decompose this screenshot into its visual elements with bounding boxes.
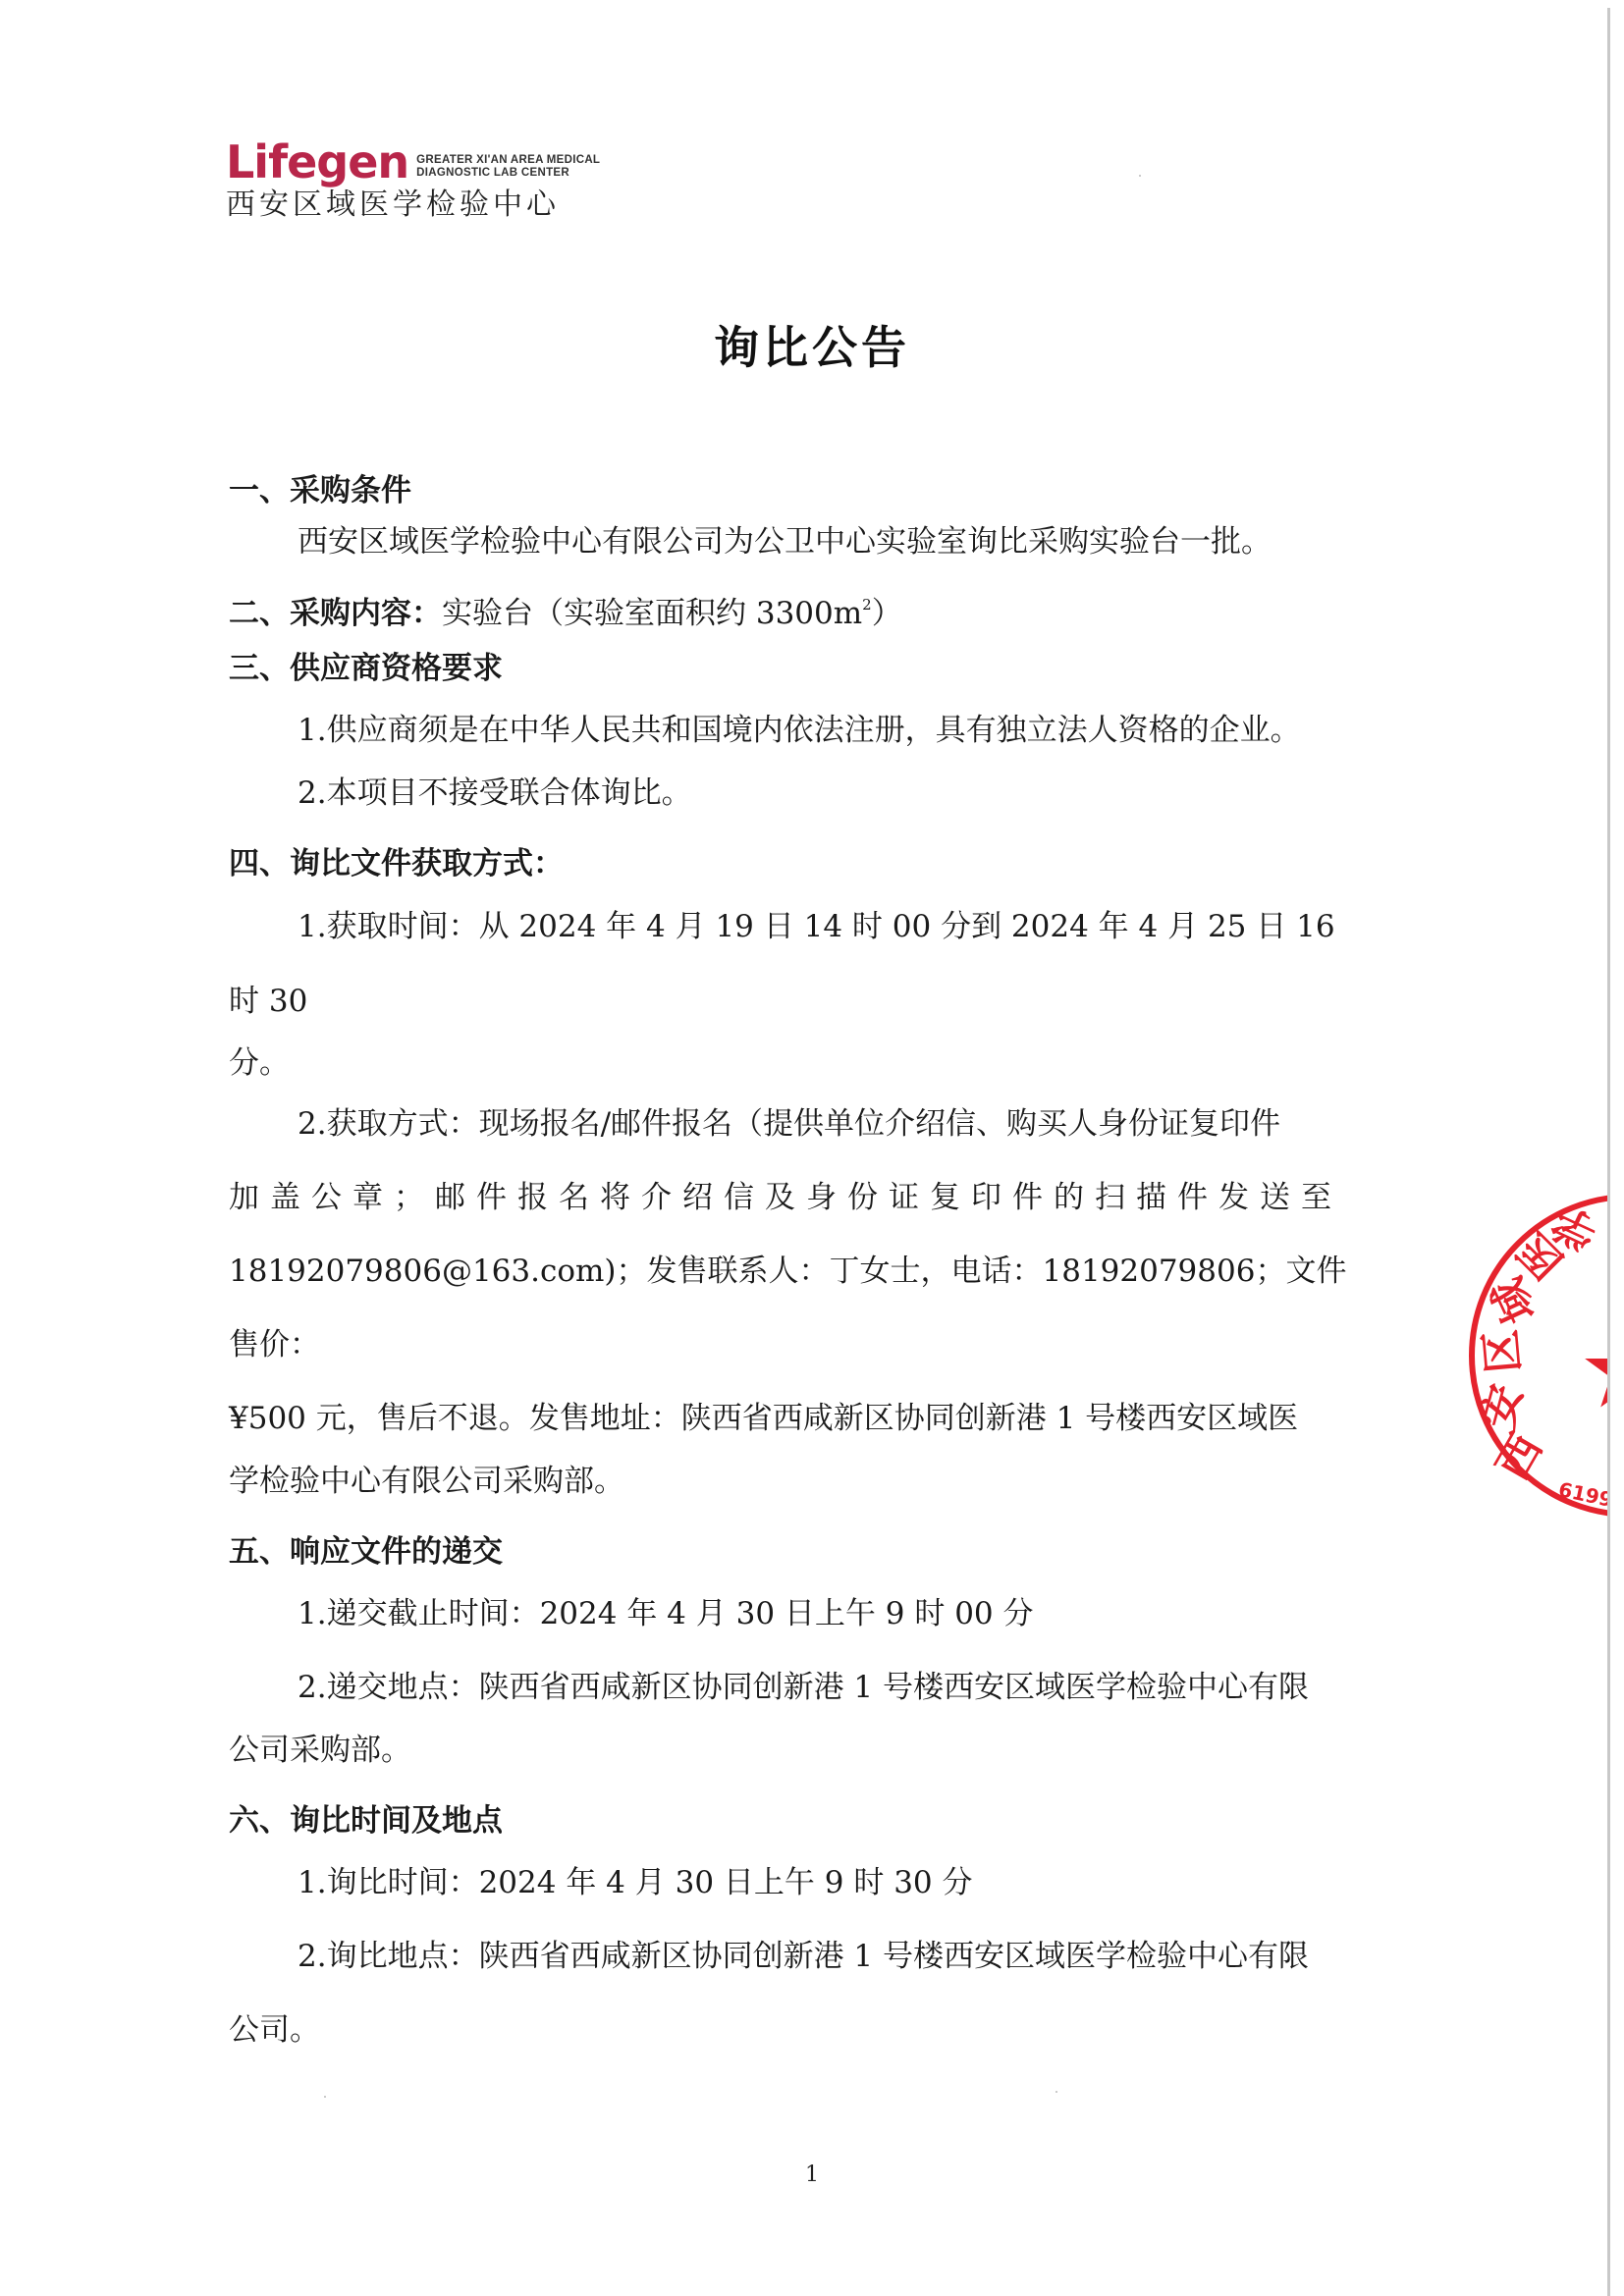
section-6-item-1: 1.询比时间：2024 年 4 月 30 日上午 9 时 30 分 <box>229 1846 1363 1920</box>
section-4-item-1-cont: 分。 <box>229 1039 1363 1088</box>
section-2-close: ） <box>872 596 902 631</box>
document-title: 询比公告 <box>0 312 1624 377</box>
company-logo: Lifegen GREATER XI'AN AREA MEDICAL DIAGN… <box>226 139 600 222</box>
section-heading-3: 三、供应商资格要求 <box>229 643 1363 694</box>
section-heading-4: 四、询比文件获取方式： <box>229 838 1363 889</box>
section-4-item-2-line5: 学检验中心有限公司采购部。 <box>229 1456 1363 1507</box>
scan-edge-line <box>1607 8 1610 2296</box>
section-6-item-2: 2.询比地点：陕西省西咸新区协同创新港 1 号楼西安区域医学检验中心有限 <box>229 1920 1363 1994</box>
document-body: 一、采购条件 西安区域医学检验中心有限公司为公卫中心实验室询比采购实验台一批。 … <box>229 469 1363 2067</box>
section-5-item-2-cont: 公司采购部。 <box>229 1725 1363 1776</box>
section-2-label: 二、采购内容： <box>229 596 442 631</box>
section-6-item-2-cont: 公司。 <box>229 1994 1363 2067</box>
page-number: 1 <box>0 2163 1624 2187</box>
section-4-item-2: 2.获取方式：现场报名/邮件报名（提供单位介绍信、购买人身份证复印件 <box>229 1088 1363 1161</box>
scan-speck <box>1056 2091 1057 2093</box>
logo-brand: Lifegen <box>226 139 408 185</box>
section-heading-1: 一、采购条件 <box>229 469 1363 512</box>
section-4-item-2-line4: ¥500 元，售后不退。发售地址：陕西省西咸新区协同创新港 1 号楼西安区域医 <box>229 1382 1363 1456</box>
scan-speck <box>1139 175 1141 177</box>
section-3-item-2: 2.本项目不接受联合体询比。 <box>229 768 1363 819</box>
logo-en-line2: DIAGNOSTIC LAB CENTER <box>416 167 600 180</box>
section-2-text: 实验台（实验室面积约 3300m <box>442 596 862 631</box>
section-1-paragraph: 西安区域医学检验中心有限公司为公卫中心实验室询比采购实验台一批。 <box>229 512 1363 571</box>
section-2-superscript: 2 <box>862 596 872 614</box>
section-heading-5: 五、响应文件的递交 <box>229 1526 1363 1577</box>
section-heading-2: 二、采购内容：实验台（实验室面积约 3300m2） <box>229 575 1363 643</box>
section-5-item-2: 2.递交地点：陕西省西咸新区协同创新港 1 号楼西安区域医学检验中心有限 <box>229 1651 1363 1725</box>
logo-english-name: GREATER XI'AN AREA MEDICAL DIAGNOSTIC LA… <box>416 154 600 180</box>
section-4-item-2-line3: 18192079806@163.com)；发售联系人：丁女士，电话：181920… <box>229 1235 1363 1382</box>
seal-char: 区 <box>1465 1327 1532 1375</box>
section-4-item-1: 1.获取时间：从 2024 年 4 月 19 日 14 时 00 分到 2024… <box>229 889 1363 1039</box>
logo-en-line1: GREATER XI'AN AREA MEDICAL <box>416 154 600 167</box>
logo-chinese-name: 西安区域医学检验中心 <box>226 188 600 222</box>
section-heading-6: 六、询比时间及地点 <box>229 1795 1363 1846</box>
official-seal: 西 安 区 域 医 学 61990 ★ <box>1455 1178 1607 1551</box>
scan-speck <box>324 2096 326 2098</box>
star-icon: ★ <box>1578 1315 1607 1423</box>
section-4-item-2-line2: 加盖公章；邮件报名将介绍信及身份证复印件的扫描件发送至 <box>229 1161 1363 1235</box>
section-5-item-1: 1.递交截止时间：2024 年 4 月 30 日上午 9 时 00 分 <box>229 1577 1363 1651</box>
section-3-item-1: 1.供应商须是在中华人民共和国境内依法注册，具有独立法人资格的企业。 <box>229 694 1363 768</box>
